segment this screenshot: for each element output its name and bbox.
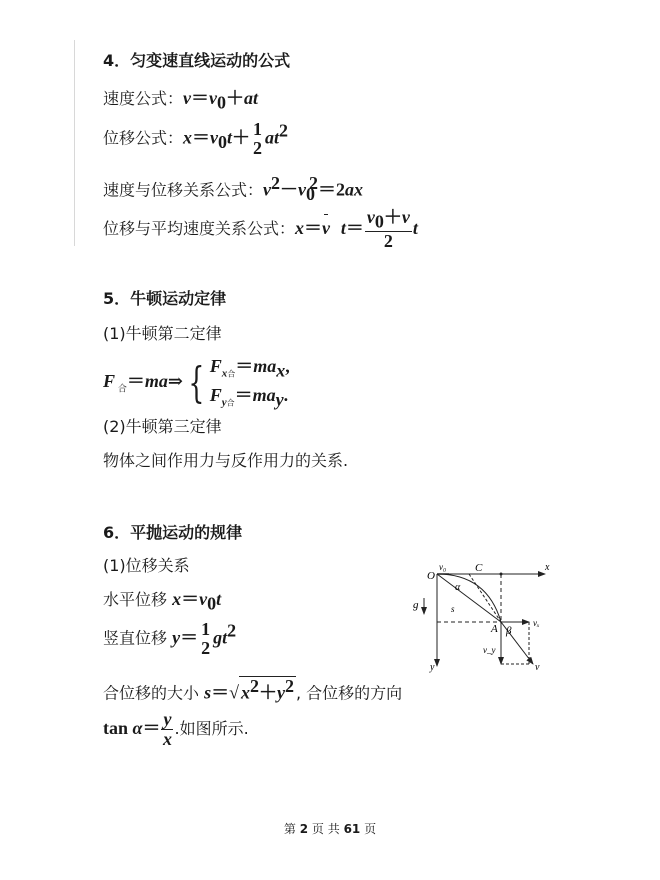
label-vx: vₓ (533, 618, 540, 628)
horizontal-displacement-label: 水平位移 (103, 590, 172, 609)
section-4-heading: 4．匀变速直线运动的公式 (103, 53, 290, 69)
newton-third-law-text: 物体之间作用力与反作用力的关系. (103, 453, 348, 469)
velocity-formula: 速度公式：v＝v0＋at (103, 89, 258, 111)
direction-label: , 合位移的方向 (296, 684, 402, 703)
left-margin-rule (74, 40, 75, 246)
displacement-formula-label: 位移公式： (103, 128, 183, 147)
newton-second-law-formula: F 合＝ma⇒{Fx合＝max,Fy合＝may. (103, 354, 290, 411)
label-O: O (427, 570, 435, 582)
label-A: A (490, 623, 498, 635)
projectile-motion-diagram: O v₀ C x g α s A β vₓ v_y y v (405, 560, 565, 675)
footer-prefix: 第 (284, 822, 296, 836)
page-footer: 第 2 页 共 61 页 (0, 820, 660, 837)
vertical-displacement-formula: 竖直位移 y＝12gt2 (103, 620, 236, 658)
label-alpha: α (455, 582, 461, 593)
label-v: v (535, 662, 540, 673)
label-vy: v_y (483, 645, 496, 655)
velocity-displacement-label: 速度与位移关系公式： (103, 181, 263, 200)
average-velocity-label: 位移与平均速度关系公式： (103, 219, 295, 238)
velocity-displacement-formula: 速度与位移关系公式：v2－v02＝2ax (103, 174, 363, 203)
footer-suffix: 页 (364, 822, 376, 836)
label-y: y (429, 662, 435, 673)
current-page-number: 2 (300, 822, 308, 836)
resultant-displacement-formula: 合位移的大小 s＝√x2＋y2, 合位移的方向 (103, 676, 402, 703)
newton-third-law-heading: (2)牛顿第三定律 (103, 419, 222, 435)
total-pages: 61 (344, 822, 361, 836)
label-v0: v₀ (439, 562, 446, 572)
section-6-heading: 6．平抛运动的规律 (103, 525, 242, 541)
label-x: x (544, 562, 550, 573)
horizontal-displacement-formula: 水平位移 x＝v0t (103, 590, 221, 612)
label-s: s (451, 604, 455, 614)
section-5-heading: 5．牛顿运动定律 (103, 291, 226, 307)
label-g: g (413, 599, 419, 611)
velocity-formula-label: 速度公式： (103, 89, 183, 108)
footer-middle: 页 共 (312, 822, 340, 836)
tan-alpha-suffix: .如图所示. (174, 719, 248, 738)
resultant-displacement-label: 合位移的大小 (103, 684, 204, 703)
newton-second-law-heading: (1)牛顿第二定律 (103, 326, 222, 342)
label-C: C (475, 562, 483, 574)
displacement-relation-heading: (1)位移关系 (103, 558, 190, 574)
tan-alpha-formula: tan α＝yx.如图所示. (103, 710, 249, 749)
displacement-formula: 位移公式：x＝v0t＋12at2 (103, 120, 288, 158)
average-velocity-formula: 位移与平均速度关系公式：x＝v t＝v0＋v2t (103, 208, 418, 251)
vertical-displacement-label: 竖直位移 (103, 628, 172, 647)
label-beta: β (505, 625, 512, 637)
